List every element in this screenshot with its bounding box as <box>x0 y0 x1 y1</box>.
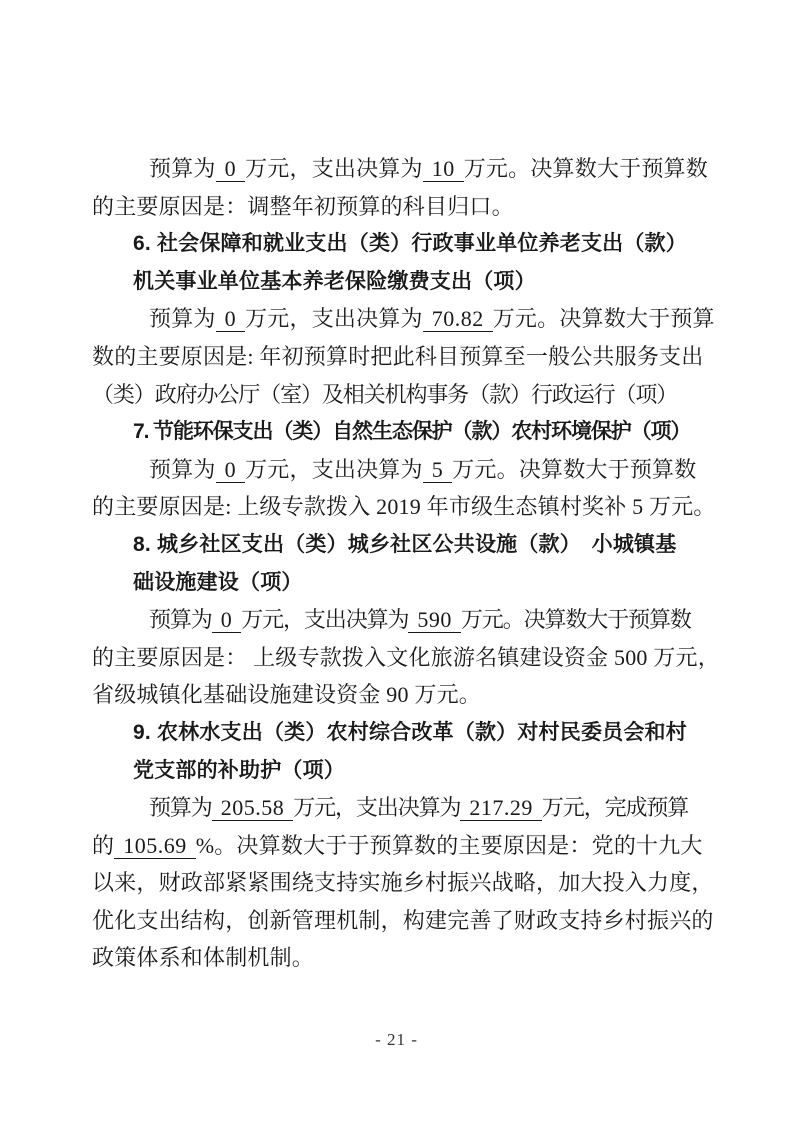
underlined-value: 0 <box>216 457 246 483</box>
text-run: 的主要原因是: 上级专款拨入 2019 年市级生态镇村奖补 5 万元。 <box>92 494 716 519</box>
text-run: 万元，完成预算 <box>542 795 688 820</box>
text-run: 9. 农林水支出（类）农村综合改革（款）对村民委员会和村 <box>133 721 687 744</box>
text-run: 预算为 <box>149 457 216 482</box>
text-run: 的主要原因是： 上级专款拨入文化旅游名镇建设资金 500 万元， <box>92 645 720 670</box>
body-text-line: 优化支出结构，创新管理机制，构建完善了财政支持乡村振兴的 <box>92 902 708 940</box>
body-text-line: （类）政府办公厅（室）及相关机构事务（款）行政运行（项） <box>92 376 708 414</box>
text-run: 预算为 <box>149 156 216 181</box>
text-run: 以来，财政部紧紧围绕支持实施乡村振兴战略，加大投入力度， <box>92 870 714 895</box>
body-text-line: 预算为0万元，支出决算为70.82万元。决算数大于预算 <box>92 300 708 338</box>
body-text-line: 省级城镇化基础设施建设资金 90 万元。 <box>92 676 708 714</box>
body-text-line: 的主要原因是: 上级专款拨入 2019 年市级生态镇村奖补 5 万元。 <box>92 488 708 526</box>
text-run: 万元。决算数大于预算数 <box>464 156 708 181</box>
text-run: 的 <box>92 833 114 858</box>
document-page: 预算为0万元，支出决算为10万元。决算数大于预算数的主要原因是：调整年初预算的科… <box>0 0 793 1122</box>
heading-line: 党支部的补助护（项） <box>92 752 708 790</box>
text-run: 7. 节能环保支出（类）自然生态保护（款）农村环境保护（项） <box>133 420 690 443</box>
text-run: 万元。决算数大于预算 <box>493 306 715 331</box>
body-text-line: 的105.69%。决算数大于于预算数的主要原因是：党的十九大 <box>92 827 708 865</box>
text-run: %。决算数大于于预算数的主要原因是：党的十九大 <box>196 833 703 858</box>
text-run: 万元，支出决算为 <box>241 607 408 632</box>
text-run: 数的主要原因是: 年初预算时把此科目预算至一般公共服务支出 <box>92 344 703 369</box>
text-run: 预算为 <box>149 607 212 632</box>
text-run: 8. 城乡社区支出（类）城乡社区公共设施（款） 小城镇基 <box>133 533 676 556</box>
document-body: 预算为0万元，支出决算为10万元。决算数大于预算数的主要原因是：调整年初预算的科… <box>92 150 708 977</box>
underlined-value: 70.82 <box>423 306 493 332</box>
text-run: 万元，支出决算为 <box>245 156 423 181</box>
body-text-line: 数的主要原因是: 年初预算时把此科目预算至一般公共服务支出 <box>92 338 708 376</box>
body-text-line: 预算为0万元，支出决算为590万元。决算数大于预算数 <box>92 601 708 639</box>
heading-line: 9. 农林水支出（类）农村综合改革（款）对村民委员会和村 <box>92 714 708 752</box>
text-run: 万元。决算数大于预算数 <box>461 607 691 632</box>
text-run: 政策体系和体制机制。 <box>92 945 314 970</box>
underlined-value: 590 <box>408 607 461 633</box>
underlined-value: 0 <box>216 156 246 182</box>
page-number: - 21 - <box>375 1030 418 1049</box>
text-run: 党支部的补助护（项） <box>133 759 345 782</box>
body-text-line: 预算为0万元，支出决算为10万元。决算数大于预算数 <box>92 150 708 188</box>
page-footer: - 21 - <box>0 1030 793 1050</box>
heading-line: 7. 节能环保支出（类）自然生态保护（款）农村环境保护（项） <box>92 413 708 451</box>
underlined-value: 205.58 <box>212 795 294 821</box>
text-run: （类）政府办公厅（室）及相关机构事务（款）行政运行（项） <box>92 382 677 407</box>
underlined-value: 10 <box>423 156 464 182</box>
body-text-line: 政策体系和体制机制。 <box>92 939 708 977</box>
heading-line: 机关事业单位基本养老保险缴费支出（项） <box>92 263 708 301</box>
text-run: 6. 社会保障和就业支出（类）行政事业单位养老支出（款） <box>133 232 687 255</box>
text-run: 预算为 <box>149 306 216 331</box>
body-text-line: 的主要原因是： 上级专款拨入文化旅游名镇建设资金 500 万元， <box>92 639 708 677</box>
text-run: 预算为 <box>149 795 212 820</box>
body-text-line: 的主要原因是：调整年初预算的科目归口。 <box>92 188 708 226</box>
underlined-value: 217.29 <box>460 795 542 821</box>
heading-line: 6. 社会保障和就业支出（类）行政事业单位养老支出（款） <box>92 225 708 263</box>
underlined-value: 0 <box>216 306 246 332</box>
text-run: 万元，支出决算为 <box>245 457 423 482</box>
text-run: 万元。决算数大于预算数 <box>452 457 696 482</box>
text-run: 万元，支出决算为 <box>293 795 460 820</box>
body-text-line: 以来，财政部紧紧围绕支持实施乡村振兴战略，加大投入力度， <box>92 864 708 902</box>
heading-line: 8. 城乡社区支出（类）城乡社区公共设施（款） 小城镇基 <box>92 526 708 564</box>
underlined-value: 0 <box>212 607 242 633</box>
underlined-value: 5 <box>423 457 453 483</box>
text-run: 机关事业单位基本养老保险缴费支出（项） <box>133 270 536 293</box>
text-run: 础设施建设（项） <box>133 571 303 594</box>
body-text-line: 预算为0万元，支出决算为5万元。决算数大于预算数 <box>92 451 708 489</box>
text-run: 万元，支出决算为 <box>245 306 423 331</box>
heading-line: 础设施建设（项） <box>92 564 708 602</box>
text-run: 的主要原因是：调整年初预算的科目归口。 <box>92 194 514 219</box>
underlined-value: 105.69 <box>114 833 196 859</box>
text-run: 省级城镇化基础设施建设资金 90 万元。 <box>92 682 481 707</box>
text-run: 优化支出结构，创新管理机制，构建完善了财政支持乡村振兴的 <box>92 908 714 933</box>
body-text-line: 预算为205.58万元，支出决算为217.29万元，完成预算 <box>92 789 708 827</box>
